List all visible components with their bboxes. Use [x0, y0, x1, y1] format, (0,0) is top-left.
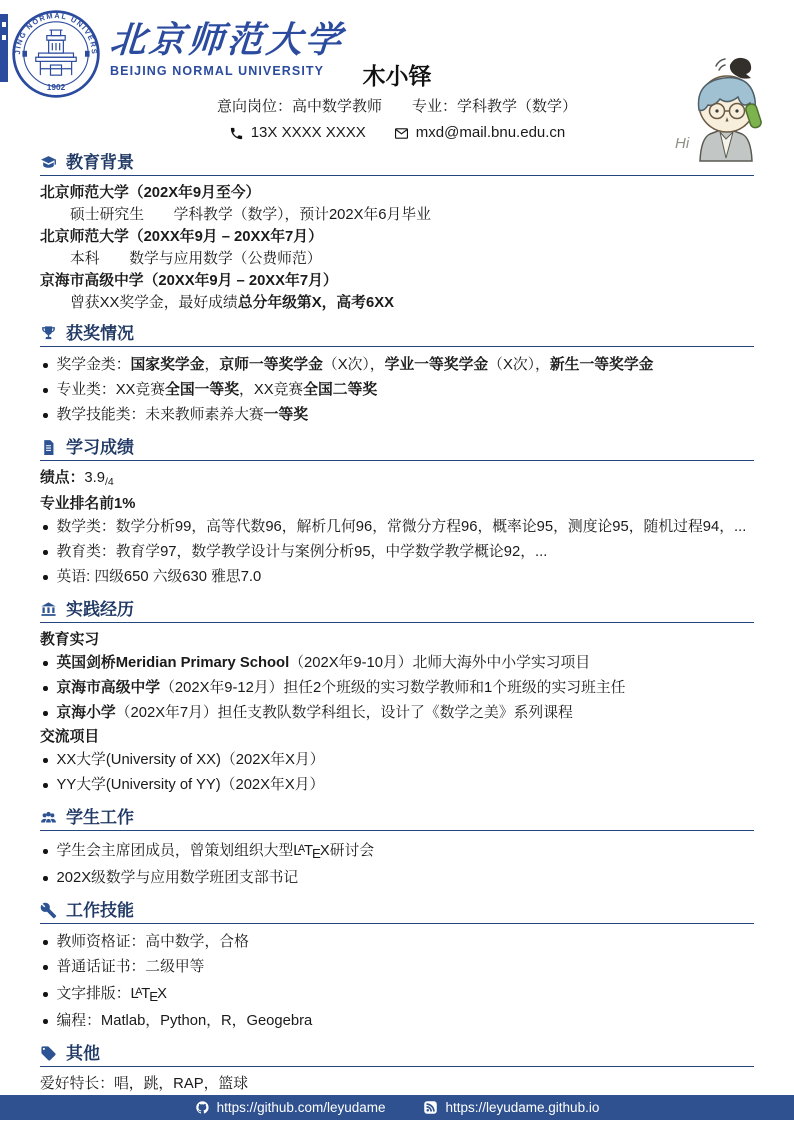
line-text: 教师资格证：高中数学，合格 — [57, 930, 249, 955]
text-segment: 普通话证书：二级甲等 — [57, 959, 205, 975]
bullet-item: 数学类：数学分析99，高等代数96，解析几何96，常微分方程96，概率论95，测… — [40, 515, 754, 540]
text-line: 京海市高级中学（20XX年9月 – 20XX年7月） — [40, 270, 754, 292]
text-segment: 全国二等奖 — [303, 382, 377, 398]
section-header: 获奖情况 — [40, 323, 754, 347]
footer-links: https://github.com/leyudamehttps://leyud… — [195, 1100, 600, 1115]
section-title: 学习成绩 — [66, 437, 134, 458]
line-text: 普通话证书：二级甲等 — [57, 955, 205, 980]
line-text: 京海小学（202X年7月）担任支教队数学科组长，设计了《数学之美》系列课程 — [57, 701, 573, 726]
bullet-dot — [43, 783, 48, 788]
text-segment: YY大学(University of YY)（202X年X月） — [57, 777, 325, 793]
section-title: 获奖情况 — [66, 323, 134, 344]
text-line: 交流项目 — [40, 726, 754, 748]
bullet-item: 奖学金类：国家奖学金，京师一等奖学金（X次），学业一等奖学金（X次），新生一等奖… — [40, 353, 754, 378]
section-education: 教育背景北京师范大学（202X年9月至今）硕士研究生 学科教学（数学），预计20… — [40, 152, 754, 314]
text-segment: 学生会主席团成员，曾策划组织大型 — [57, 843, 294, 859]
latex-logo: LATEX — [131, 986, 167, 1002]
section-title: 学生工作 — [66, 807, 134, 828]
bullet-dot — [43, 965, 48, 970]
line-text: 交流项目 — [40, 729, 99, 745]
bank-icon — [40, 601, 57, 618]
phone-handset-icon — [745, 103, 763, 129]
line-text: 专业类：XX竞赛全国一等奖，XX竞赛全国二等奖 — [57, 378, 378, 403]
bullet-item: XX大学(University of XX)（202X年X月） — [40, 748, 754, 773]
line-text: 京海市高级中学（20XX年9月 – 20XX年7月） — [40, 273, 338, 289]
line-text: 北京师范大学（20XX年9月 – 20XX年7月） — [40, 229, 323, 245]
line-text: 教育类：教育学97，数学教学设计与案例分析95，中学数学教学概论92，... — [57, 540, 548, 565]
footer-link[interactable]: https://leyudame.github.io — [423, 1100, 599, 1115]
line-text: 202X级数学与应用数学班团支部书记 — [57, 866, 299, 891]
tag-icon — [40, 1045, 57, 1062]
people-icon — [40, 809, 57, 826]
bullet-item: 编程：Matlab，Python，R，Geogebra — [40, 1009, 754, 1034]
line-text: 绩点：3.9/4 — [40, 470, 114, 486]
github-icon — [195, 1100, 210, 1115]
line-text: 数学类：数学分析99，高等代数96，解析几何96，常微分方程96，概率论95，测… — [57, 515, 747, 540]
email-icon — [394, 126, 409, 141]
line-text: 文字排版：LATEX — [57, 980, 167, 1009]
rss-icon — [423, 1100, 438, 1115]
graduation-cap-icon — [40, 154, 57, 171]
text-line: 教育实习 — [40, 629, 754, 651]
bullet-item: 京海市高级中学（202X年9-12月）担任2个班级的实习数学教师和1个班级的实习… — [40, 676, 754, 701]
signal-waves-icon — [716, 59, 725, 70]
line-text: XX大学(University of XX)（202X年X月） — [57, 748, 325, 773]
section-header: 实践经历 — [40, 599, 754, 623]
bullet-item: 学生会主席团成员，曾策划组织大型LATEX研讨会 — [40, 837, 754, 866]
text-segment: 奖学金类： — [57, 357, 131, 373]
line-text: 学生会主席团成员，曾策划组织大型LATEX研讨会 — [57, 837, 375, 866]
bullet-item: 英国剑桥Meridian Primary School（202X年9-10月）北… — [40, 651, 754, 676]
avatar-hi-text: Hi — [675, 135, 690, 152]
text-line: 曾获XX奖学金，最好成绩总分年级第X，高考6XX — [40, 292, 754, 314]
text-segment: 硕士研究生 学科教学（数学），预计202X年6月毕业 — [70, 207, 431, 223]
line-text: 曾获XX奖学金，最好成绩总分年级第X，高考6XX — [70, 295, 394, 311]
text-segment: 学业一等奖学金 — [385, 357, 489, 373]
bullet-item: 教育类：教育学97，数学教学设计与案例分析95，中学数学教学概论92，... — [40, 540, 754, 565]
text-segment: 京海市高级中学 — [57, 680, 161, 696]
section-header: 学习成绩 — [40, 437, 754, 461]
bullet-dot — [43, 992, 48, 997]
line-text: 英语: 四级650 六级630 雅思7.0 — [57, 565, 262, 590]
text-segment: 专业排名前1% — [40, 496, 135, 512]
trophy-icon — [40, 325, 57, 342]
line-text: 京海市高级中学（202X年9-12月）担任2个班级的实习数学教师和1个班级的实习… — [57, 676, 626, 701]
footer-link-text: https://leyudame.github.io — [445, 1100, 599, 1115]
footer: https://github.com/leyudamehttps://leyud… — [0, 1095, 794, 1120]
text-segment: ， — [205, 357, 220, 373]
text-segment: 爱好特长：唱，跳，RAP，篮球 — [40, 1076, 248, 1092]
section-header: 教育背景 — [40, 152, 754, 176]
text-segment: 京师一等奖学金 — [219, 357, 323, 373]
text-segment: /4 — [105, 476, 114, 488]
header: BEIJING NORMAL UNIVERSITY 1902 — [0, 0, 794, 150]
text-segment: （202X年9-12月）担任2个班级的实习数学教师和1个班级的实习班主任 — [160, 680, 625, 696]
text-line: 本科 数学与应用数学（公费师范） — [40, 248, 754, 270]
resume-page: BEIJING NORMAL UNIVERSITY 1902 — [0, 0, 794, 1123]
bullet-item: 普通话证书：二级甲等 — [40, 955, 754, 980]
text-segment: ，XX竞赛 — [239, 382, 303, 398]
text-segment: 新生一等奖学金 — [550, 357, 654, 373]
text-segment: 202X级数学与应用数学班团支部书记 — [57, 870, 299, 886]
text-segment: 专业类：XX竞赛 — [57, 382, 166, 398]
document-icon — [40, 439, 57, 456]
text-line: 绩点：3.9/4 — [40, 467, 754, 493]
bullet-item: YY大学(University of YY)（202X年X月） — [40, 773, 754, 798]
bullet-dot — [43, 413, 48, 418]
seal-arc-text: BEIJING NORMAL UNIVERSITY — [10, 8, 99, 55]
line-text: 硕士研究生 学科教学（数学），预计202X年6月毕业 — [70, 207, 431, 223]
bullet-dot — [43, 1019, 48, 1024]
section-header: 工作技能 — [40, 900, 754, 924]
phone-number: 13X XXXX XXXX — [251, 123, 366, 143]
text-segment: （X次）， — [323, 357, 385, 373]
text-segment: 教育类：教育学97，数学教学设计与案例分析95，中学数学教学概论92，... — [57, 544, 548, 560]
text-line: 北京师范大学（20XX年9月 – 20XX年7月） — [40, 226, 754, 248]
text-segment: 全国一等奖 — [165, 382, 239, 398]
email: mxd@mail.bnu.edu.cn — [394, 123, 565, 143]
bullet-item: 202X级数学与应用数学班团支部书记 — [40, 866, 754, 891]
line-text: 教学技能类：未来教师素养大赛一等奖 — [57, 403, 309, 428]
bullet-dot — [43, 575, 48, 580]
text-segment: 曾获XX奖学金，最好成绩 — [70, 295, 238, 311]
text-segment: 教育实习 — [40, 632, 99, 648]
section-skills: 工作技能教师资格证：高中数学，合格普通话证书：二级甲等文字排版：LATEX编程：… — [40, 900, 754, 1034]
bullet-dot — [43, 525, 48, 530]
section-header: 其他 — [40, 1043, 754, 1067]
text-line: 爱好特长：唱，跳，RAP，篮球 — [40, 1073, 754, 1095]
text-segment: 数学类：数学分析99，高等代数96，解析几何96，常微分方程96，概率论95，测… — [57, 519, 747, 535]
text-line: 北京师范大学（202X年9月至今） — [40, 182, 754, 204]
line-text: 爱好特长：唱，跳，RAP，篮球 — [40, 1076, 248, 1092]
text-segment: 京海小学 — [57, 705, 116, 721]
phone: 13X XXXX XXXX — [229, 123, 366, 143]
line-text: 本科 数学与应用数学（公费师范） — [70, 251, 322, 267]
text-segment: 文字排版： — [57, 986, 131, 1002]
text-segment: 北京师范大学（20XX年9月 – 20XX年7月） — [40, 229, 323, 245]
phone-icon — [229, 126, 244, 141]
text-segment: 总分年级第X，高考6XX — [238, 295, 394, 311]
bullet-dot — [43, 363, 48, 368]
bullet-item: 京海小学（202X年7月）担任支教队数学科组长，设计了《数学之美》系列课程 — [40, 701, 754, 726]
text-segment: 研讨会 — [330, 843, 374, 859]
line-text: YY大学(University of YY)（202X年X月） — [57, 773, 325, 798]
bullet-dot — [43, 876, 48, 881]
bullet-dot — [43, 550, 48, 555]
text-segment: 绩点： — [40, 470, 84, 486]
avatar: Hi — [670, 52, 772, 162]
bullet-dot — [43, 940, 48, 945]
text-segment: 教师资格证：高中数学，合格 — [57, 934, 249, 950]
wrench-icon — [40, 902, 57, 919]
footer-link[interactable]: https://github.com/leyudame — [195, 1100, 386, 1115]
footer-link-text: https://github.com/leyudame — [217, 1100, 386, 1115]
bullet-dot — [43, 388, 48, 393]
line-text: 英国剑桥Meridian Primary School（202X年9-10月）北… — [57, 651, 591, 676]
section-title: 其他 — [66, 1043, 100, 1064]
text-segment: 一等奖 — [264, 407, 308, 423]
section-header: 学生工作 — [40, 807, 754, 831]
text-segment: 本科 数学与应用数学（公费师范） — [70, 251, 322, 267]
section-title: 工作技能 — [66, 900, 134, 921]
bullet-dot — [43, 686, 48, 691]
text-segment: 京海市高级中学（20XX年9月 – 20XX年7月） — [40, 273, 338, 289]
text-segment: XX大学(University of XX)（202X年X月） — [57, 752, 325, 768]
line-text: 编程：Matlab，Python，R，Geogebra — [57, 1009, 313, 1034]
bullet-item: 文字排版：LATEX — [40, 980, 754, 1009]
svg-text:BEIJING NORMAL UNIVERSITY: BEIJING NORMAL UNIVERSITY — [10, 8, 99, 55]
section-practice: 实践经历教育实习英国剑桥Meridian Primary School（202X… — [40, 599, 754, 798]
text-segment: （X次）， — [488, 357, 550, 373]
text-line: 专业排名前1% — [40, 493, 754, 515]
resume-sections: 教育背景北京师范大学（202X年9月至今）硕士研究生 学科教学（数学），预计20… — [0, 150, 794, 1095]
text-segment: 教学技能类：未来教师素养大赛 — [57, 407, 264, 423]
section-title: 实践经历 — [66, 599, 134, 620]
bullet-item: 专业类：XX竞赛全国一等奖，XX竞赛全国二等奖 — [40, 378, 754, 403]
text-segment: 3.9 — [84, 470, 105, 486]
section-title: 教育背景 — [66, 152, 134, 173]
line-text: 专业排名前1% — [40, 496, 135, 512]
section-student-work: 学生工作学生会主席团成员，曾策划组织大型LATEX研讨会202X级数学与应用数学… — [40, 807, 754, 891]
bullet-dot — [43, 849, 48, 854]
university-name-cn: 北京师范大学 — [108, 18, 345, 62]
section-grades: 学习成绩绩点：3.9/4专业排名前1%数学类：数学分析99，高等代数96，解析几… — [40, 437, 754, 590]
text-segment: 北京师范大学（202X年9月至今） — [40, 185, 260, 201]
text-segment: （202X年7月）担任支教队数学科组长，设计了《数学之美》系列课程 — [116, 705, 573, 721]
bullet-dot — [43, 711, 48, 716]
bullet-item: 英语: 四级650 六级630 雅思7.0 — [40, 565, 754, 590]
bird-icon — [730, 58, 751, 79]
bullet-item: 教师资格证：高中数学，合格 — [40, 930, 754, 955]
section-other: 其他爱好特长：唱，跳，RAP，篮球 — [40, 1043, 754, 1095]
text-segment: 英语: 四级650 六级630 雅思7.0 — [57, 569, 262, 585]
email-address: mxd@mail.bnu.edu.cn — [416, 123, 565, 143]
line-text: 教育实习 — [40, 632, 99, 648]
text-segment: 国家奖学金 — [131, 357, 205, 373]
section-awards: 获奖情况奖学金类：国家奖学金，京师一等奖学金（X次），学业一等奖学金（X次），新… — [40, 323, 754, 428]
text-line: 硕士研究生 学科教学（数学），预计202X年6月毕业 — [40, 204, 754, 226]
line-text: 奖学金类：国家奖学金，京师一等奖学金（X次），学业一等奖学金（X次），新生一等奖… — [57, 353, 654, 378]
text-segment: 英国剑桥Meridian Primary School — [57, 655, 290, 671]
text-segment: 交流项目 — [40, 729, 99, 745]
latex-logo: LATEX — [293, 843, 329, 859]
bullet-dot — [43, 661, 48, 666]
bullet-dot — [43, 758, 48, 763]
text-segment: 编程：Matlab，Python，R，Geogebra — [57, 1013, 313, 1029]
bullet-item: 教学技能类：未来教师素养大赛一等奖 — [40, 403, 754, 428]
line-text: 北京师范大学（202X年9月至今） — [40, 185, 260, 201]
text-segment: （202X年9-10月）北师大海外中小学实习项目 — [289, 655, 590, 671]
